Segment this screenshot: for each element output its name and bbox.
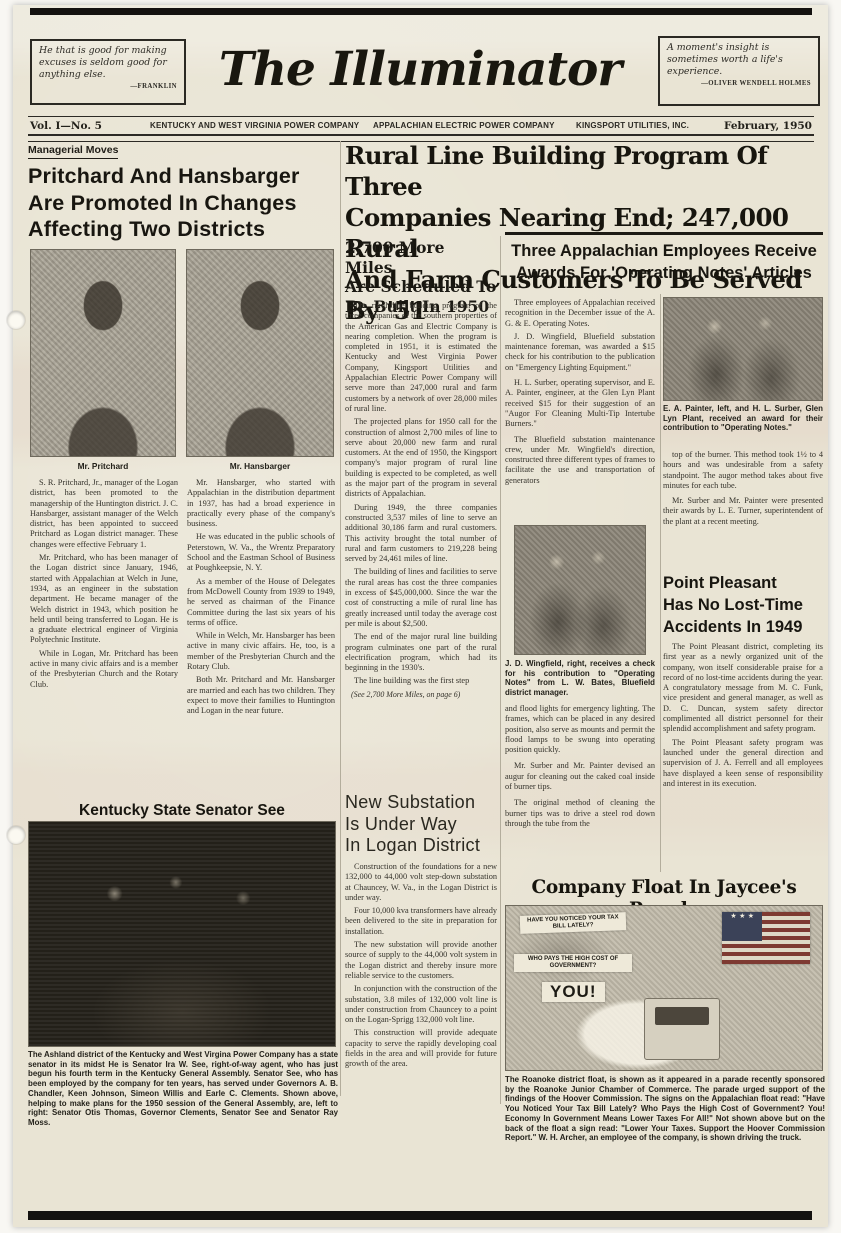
float-sign-who-pays: WHO PAYS THE HIGH COST OF GOVERNMENT? bbox=[514, 954, 632, 972]
paragraph: In conjunction with the construction of … bbox=[345, 984, 497, 1025]
pritchard-photo-caption: Mr. Pritchard bbox=[30, 461, 176, 471]
hansbarger-photo-caption: Mr. Hansbarger bbox=[186, 461, 334, 471]
paragraph: Mr. Surber and Mr. Painter devised an au… bbox=[505, 761, 655, 792]
rural-continuation-note: (See 2,700 More Miles, on page 6) bbox=[351, 690, 497, 700]
painter-surber-photo bbox=[663, 297, 823, 401]
paragraph: Construction of the foundations for a ne… bbox=[345, 862, 497, 903]
paragraph: S. R. Pritchard, Jr., manager of the Log… bbox=[30, 478, 178, 550]
scan-artifact-bottom bbox=[28, 1211, 812, 1220]
float-caption: The Roanoke district float, is shown as … bbox=[505, 1075, 825, 1143]
pp-headline-line3: Accidents In 1949 bbox=[663, 616, 825, 638]
column-rule-2 bbox=[500, 236, 501, 1104]
paragraph: The building of lines and facilities to … bbox=[345, 567, 497, 629]
paragraph: The original method of cleaning the burn… bbox=[505, 798, 655, 829]
promotions-headline: Pritchard And Hansbarger Are Promoted In… bbox=[28, 163, 336, 243]
substation-headline-line2: Is Under Way bbox=[345, 814, 500, 836]
awards-headline-rule bbox=[505, 232, 823, 235]
paragraph: The Point Pleasant safety program was la… bbox=[663, 738, 823, 789]
point-pleasant-body: The Point Pleasant district, completing … bbox=[663, 642, 823, 864]
newspaper-title: The Illuminator bbox=[196, 40, 644, 100]
paragraph: Both Mr. Pritchard and Mr. Hansbarger ar… bbox=[187, 675, 335, 716]
truck-windshield bbox=[655, 1007, 709, 1025]
paragraph: He was educated in the public schools of… bbox=[187, 532, 335, 573]
right-quote-attribution: —OLIVER WENDELL HOLMES bbox=[667, 79, 811, 88]
float-sign-you: YOU! bbox=[542, 982, 605, 1002]
paragraph: Mr. Pritchard, who has been manager of t… bbox=[30, 553, 178, 646]
paragraph: The Point Pleasant district, completing … bbox=[663, 642, 823, 735]
paragraph: As a member of the House of Delegates fr… bbox=[187, 577, 335, 628]
substation-article-body: Construction of the foundations for a ne… bbox=[345, 862, 497, 1112]
wingfield-photo bbox=[514, 525, 646, 655]
promotions-headline-line3: Affecting Two Districts bbox=[28, 216, 336, 243]
masthead-right-quote-box: A moment's insight is sometimes worth a … bbox=[658, 36, 820, 106]
paragraph: During 1949, the three companies constru… bbox=[345, 503, 497, 565]
paragraph: H. L. Surber, operating supervisor, and … bbox=[505, 378, 655, 429]
hole-punch-top bbox=[7, 311, 25, 329]
paragraph: Mr. Surber and Mr. Painter were presente… bbox=[663, 496, 823, 527]
awards-body-col3: top of the burner. This method took 1½ t… bbox=[663, 450, 823, 562]
substation-headline: New Substation Is Under Way In Logan Dis… bbox=[345, 792, 500, 857]
truck-shape bbox=[644, 998, 720, 1060]
left-quote-attribution: —FRANKLIN bbox=[39, 82, 177, 91]
promotions-body-col2: Mr. Hansbarger, who started with Appalac… bbox=[187, 478, 335, 798]
paragraph: The Bluefield substation maintenance cre… bbox=[505, 435, 655, 486]
column-rule-3 bbox=[660, 294, 661, 872]
company-name-1: KENTUCKY AND WEST VIRGINIA POWER COMPANY bbox=[150, 119, 359, 133]
rural-article-body: The rural line building program of the t… bbox=[345, 301, 497, 789]
paragraph: Mr. Hansbarger, who started with Appalac… bbox=[187, 478, 335, 529]
paragraph: J. D. Wingfield, Bluefield substation ma… bbox=[505, 332, 655, 373]
newspaper-page: He that is good for making excuses is se… bbox=[0, 0, 841, 1233]
substation-headline-line3: In Logan District bbox=[345, 835, 500, 857]
flag-stars: ★ ★ ★ bbox=[722, 912, 762, 941]
paragraph: Four 10,000 kva transformers have alread… bbox=[345, 906, 497, 937]
substation-headline-line1: New Substation bbox=[345, 792, 500, 814]
paragraph: The line building was the first step bbox=[345, 676, 497, 686]
promotions-kicker: Managerial Moves bbox=[28, 144, 118, 159]
senator-photo-caption: The Ashland district of the Kentucky and… bbox=[28, 1050, 338, 1128]
company-name-2: APPALACHIAN ELECTRIC POWER COMPANY bbox=[373, 119, 555, 133]
volume-number: Vol. I—No. 5 bbox=[30, 119, 102, 133]
rural-subhead-line1: 2,700 More Miles bbox=[345, 238, 497, 277]
paragraph: The new substation will provide another … bbox=[345, 940, 497, 981]
pritchard-photo bbox=[30, 249, 176, 457]
left-quote-text: He that is good for making excuses is se… bbox=[39, 45, 177, 81]
rural-subhead-line2: Are Scheduled To bbox=[345, 277, 497, 297]
paragraph: and flood lights for emergency lighting.… bbox=[505, 704, 655, 755]
hansbarger-photo bbox=[186, 249, 334, 457]
point-pleasant-headline: Point Pleasant Has No Lost-Time Accident… bbox=[663, 572, 825, 638]
float-sign-tax-bill: HAVE YOU NOTICED YOUR TAX BILL LATELY? bbox=[520, 912, 627, 934]
float-photo: HAVE YOU NOTICED YOUR TAX BILL LATELY? W… bbox=[505, 905, 823, 1071]
paragraph: The rural line building program of the t… bbox=[345, 301, 497, 414]
senator-photo bbox=[28, 821, 336, 1047]
dateline-row: Vol. I—No. 5 KENTUCKY AND WEST VIRGINIA … bbox=[28, 119, 814, 134]
promotions-headline-line1: Pritchard And Hansbarger bbox=[28, 163, 336, 190]
issue-date: February, 1950 bbox=[724, 119, 812, 133]
awards-headline: Three Appalachian Employees Receive Awar… bbox=[505, 240, 823, 284]
promotions-headline-line2: Are Promoted In Changes bbox=[28, 190, 336, 217]
paragraph: The end of the major rural line building… bbox=[345, 632, 497, 673]
masthead-rule bbox=[28, 116, 814, 117]
senator-headline: Kentucky State Senator See bbox=[28, 801, 336, 820]
painter-surber-caption: E. A. Painter, left, and H. L. Surber, G… bbox=[663, 404, 823, 433]
paragraph: The projected plans for 1950 call for th… bbox=[345, 417, 497, 499]
wingfield-caption: J. D. Wingfield, right, receives a check… bbox=[505, 659, 655, 698]
paragraph: This construction will provide adequate … bbox=[345, 1028, 497, 1069]
masthead-left-quote-box: He that is good for making excuses is se… bbox=[30, 39, 186, 105]
paragraph: While in Logan, Mr. Pritchard has been a… bbox=[30, 649, 178, 690]
flag-decoration: ★ ★ ★ bbox=[722, 912, 810, 964]
awards-headline-line2: Awards For 'Operating Notes' Articles bbox=[505, 262, 823, 284]
paragraph: top of the burner. This method took 1½ t… bbox=[663, 450, 823, 491]
pp-headline-line2: Has No Lost-Time bbox=[663, 594, 825, 616]
awards-body-col2: and flood lights for emergency lighting.… bbox=[505, 704, 655, 869]
promotions-article: Managerial Moves Pritchard And Hansbarge… bbox=[28, 140, 336, 243]
awards-headline-line1: Three Appalachian Employees Receive bbox=[505, 240, 823, 262]
company-name-3: KINGSPORT UTILITIES, INC. bbox=[576, 119, 689, 133]
scan-artifact-top bbox=[30, 8, 812, 15]
column-rule-1 bbox=[340, 141, 341, 1096]
awards-body-col1: Three employees of Appalachian received … bbox=[505, 298, 655, 522]
hole-punch-bottom bbox=[7, 826, 25, 844]
promotions-body-col1: S. R. Pritchard, Jr., manager of the Log… bbox=[30, 478, 178, 798]
rural-headline-line1: Rural Line Building Program Of Three bbox=[345, 140, 825, 202]
pp-headline-line1: Point Pleasant bbox=[663, 572, 825, 594]
paragraph: Three employees of Appalachian received … bbox=[505, 298, 655, 329]
paragraph: While in Welch, Mr. Hansbarger has been … bbox=[187, 631, 335, 672]
right-quote-text: A moment's insight is sometimes worth a … bbox=[667, 42, 811, 78]
